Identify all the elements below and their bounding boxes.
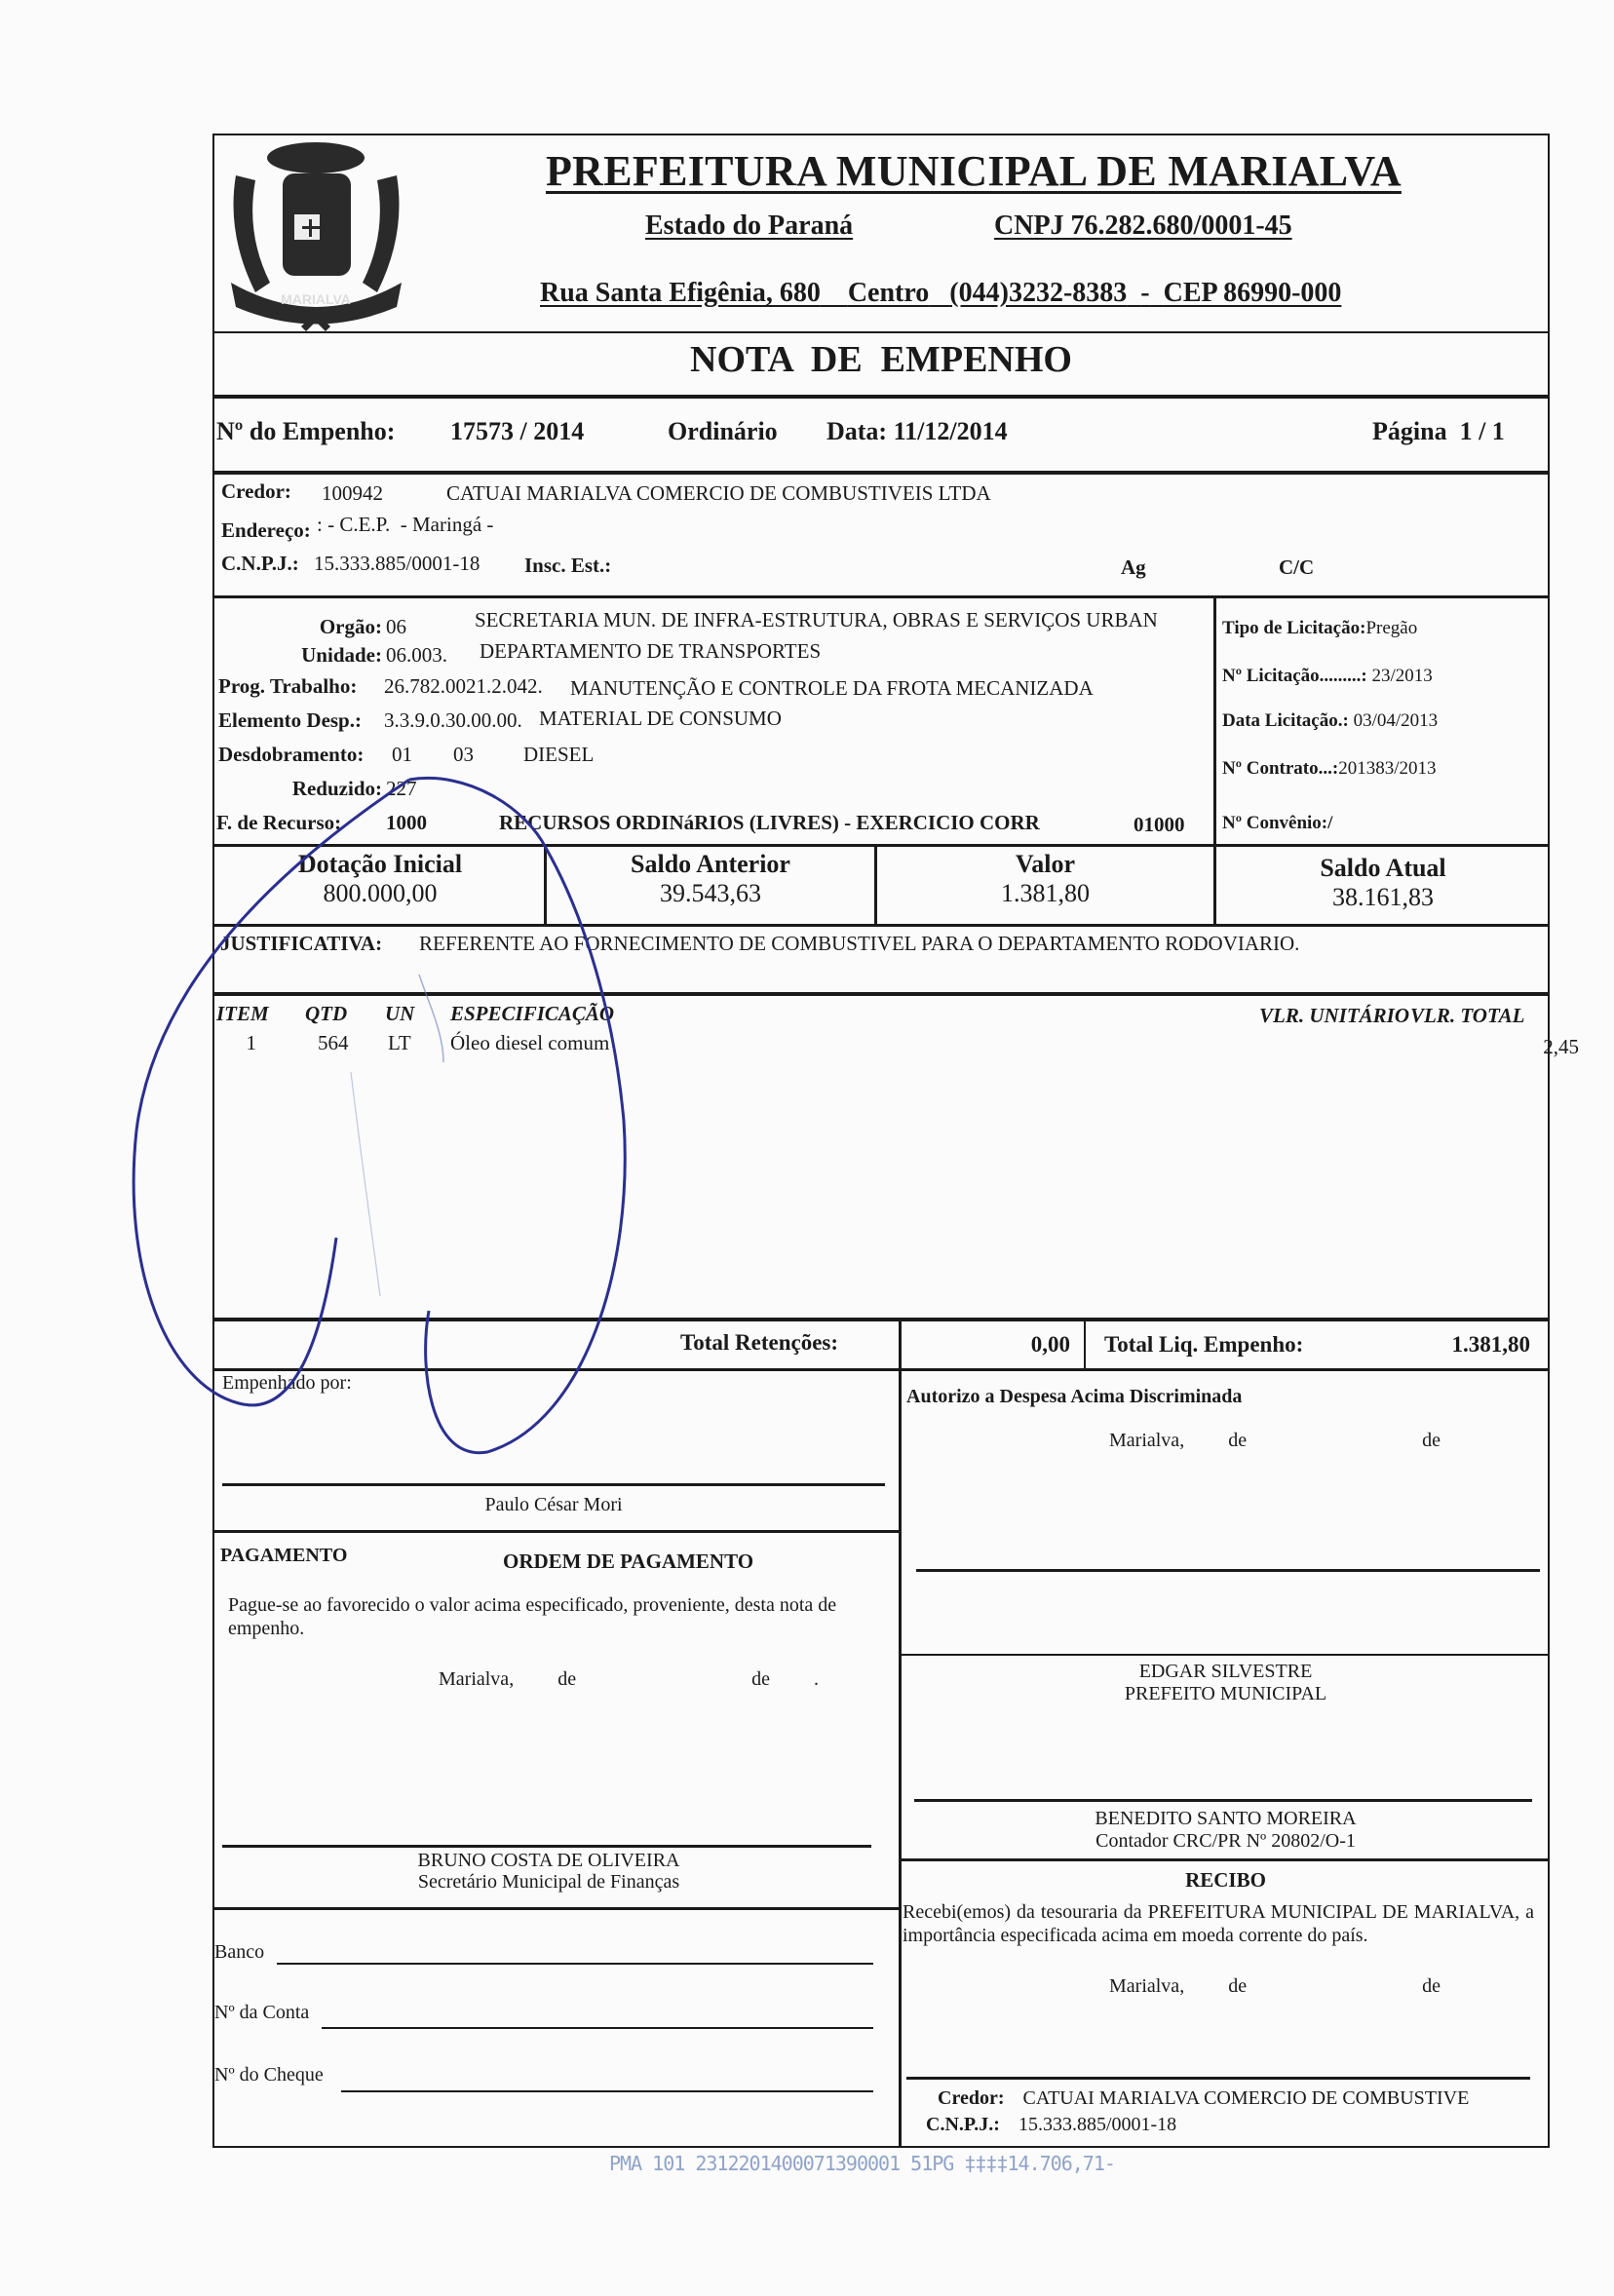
- pagamento-de-1: de: [557, 1668, 576, 1690]
- svg-text:MARIALVA: MARIALVA: [281, 291, 351, 307]
- desdobramento-a: 01: [392, 743, 412, 767]
- agency-label: Ag: [1121, 555, 1146, 580]
- state-name: Estado do Paraná: [645, 210, 853, 242]
- saldo-dotacao-inicial: Dotação Inicial 800.000,00: [216, 850, 544, 908]
- col-header-spec: ESPECIFICAÇÃO: [450, 1002, 614, 1026]
- recibo-signature-line: [906, 2077, 1530, 2080]
- elemento-desp-code: 3.3.9.0.30.00.00.: [384, 708, 522, 733]
- row-qtd: 564: [318, 1031, 349, 1055]
- totals-divider-1: [899, 1318, 902, 1370]
- recibo-de-1: de: [1228, 1975, 1247, 1997]
- pagamento-bottom-divider: [212, 1907, 899, 1910]
- empenho-number-label: Nº do Empenho:: [216, 417, 395, 446]
- municipality-cnpj: CNPJ 76.282.680/0001-45: [994, 210, 1292, 242]
- unidade-name: DEPARTAMENTO DE TRANSPORTES: [480, 639, 821, 664]
- pagamento-dot: .: [814, 1668, 819, 1690]
- tipo-licitacao: Tipo de Licitação:Pregão: [1222, 618, 1417, 639]
- orgao-label: Orgão:: [216, 615, 382, 639]
- data-licitacao-label: Data Licitação.:: [1222, 710, 1349, 731]
- saldo-atual: Saldo Atual 38.161,83: [1216, 854, 1550, 912]
- col-header-total: VLR. TOTAL: [1410, 1004, 1524, 1028]
- separator: -: [1140, 278, 1149, 308]
- autorizo-city: Marialva,: [1109, 1430, 1184, 1451]
- page-number: 1 / 1: [1460, 417, 1505, 445]
- saldo-label: Saldo Anterior: [547, 850, 874, 879]
- cheque-field-line[interactable]: [341, 2090, 873, 2092]
- cheque-label: Nº do Cheque: [214, 2064, 324, 2086]
- elemento-desp-label: Elemento Desp.:: [218, 708, 362, 733]
- banco-field-line[interactable]: [277, 1963, 873, 1965]
- page-label: Página: [1372, 417, 1447, 445]
- num-contrato: Nº Contrato...:201383/2013: [1222, 758, 1436, 780]
- data-licitacao: Data Licitação.: 03/04/2013: [1222, 710, 1438, 732]
- saldo-label: Saldo Atual: [1216, 854, 1550, 883]
- contador-name: BENEDITO SANTO MOREIRA: [902, 1808, 1550, 1830]
- prefeito-name: EDGAR SILVESTRE: [902, 1661, 1550, 1683]
- saldo-label: Dotação Inicial: [216, 850, 544, 879]
- recibo-cnpj-value: 15.333.885/0001-18: [1018, 2114, 1176, 2135]
- municipality-title: PREFEITURA MUNICIPAL DE MARIALVA: [546, 146, 1402, 196]
- document-title: NOTA DE EMPENHO: [212, 338, 1550, 381]
- saldo-value: 1.381,80: [877, 879, 1213, 908]
- table-row: 1 564 LT Óleo diesel comum 2,45 1.381,80: [212, 1031, 1550, 1062]
- recibo-credor-value: CATUAI MARIALVA COMERCIO DE COMBUSTIVE: [1023, 2087, 1470, 2109]
- desdobramento-b: 03: [453, 743, 474, 767]
- reduzido-label: Reduzido:: [216, 777, 382, 801]
- recibo-cnpj-label: C.N.P.J.:: [926, 2114, 1000, 2135]
- fonte-recurso-sub: 01000: [1134, 813, 1185, 837]
- data-licitacao-value: 03/04/2013: [1354, 710, 1439, 731]
- fonte-recurso-label: F. de Recurso:: [216, 811, 341, 835]
- recibo-credor-label: Credor:: [938, 2087, 1005, 2109]
- pagamento-de-2: de: [751, 1668, 770, 1690]
- fonte-recurso-code: 1000: [386, 811, 427, 835]
- total-liq-value: 1.381,80: [1364, 1332, 1530, 1358]
- col-header-unit-price: VLR. UNITÁRIO: [1259, 1004, 1409, 1028]
- empenhado-label: Empenhado por:: [222, 1372, 352, 1395]
- totals-box: [212, 1318, 1550, 1370]
- insc-est-label: Insc. Est.:: [524, 554, 611, 578]
- num-contrato-value: 201383/2013: [1338, 758, 1436, 779]
- autorizo-de-1: de: [1228, 1430, 1247, 1451]
- num-licitacao-label: Nº Licitação.........:: [1222, 666, 1367, 686]
- contador-title: Contador CRC/PR Nº 20802/O-1: [902, 1830, 1550, 1853]
- total-retencoes-value: 0,00: [906, 1332, 1070, 1358]
- cnpj-label: C.N.P.J.:: [221, 552, 299, 576]
- recibo-de-2: de: [1422, 1975, 1441, 1997]
- recibo-credor: Credor: CATUAI MARIALVA COMERCIO DE COMB…: [938, 2087, 1469, 2110]
- endereco-value: : - C.E.P. - Maringá -: [317, 513, 493, 537]
- autorizo-de-2: de: [1422, 1430, 1441, 1451]
- col-header-qtd: QTD: [305, 1002, 347, 1026]
- credor-name: CATUAI MARIALVA COMERCIO DE COMBUSTIVEIS…: [446, 481, 991, 506]
- coat-of-arms-icon: MARIALVA: [216, 136, 416, 331]
- empenhado-signature-line: [222, 1483, 885, 1486]
- autorizo-text: Autorizo a Despesa Acima Discriminada: [906, 1386, 1242, 1408]
- street: Rua Santa Efigênia, 680: [540, 278, 821, 308]
- municipality-address: Rua Santa Efigênia, 680 Centro (044)3232…: [540, 278, 1341, 309]
- contador-divider: [899, 1858, 1550, 1861]
- account-label: C/C: [1279, 555, 1314, 580]
- num-contrato-label: Nº Contrato...:: [1222, 758, 1338, 779]
- fonte-recurso-name: RECURSOS ORDINáRIOS (LIVRES) - EXERCICIO…: [499, 811, 1040, 835]
- empenhado-bottom-divider: [212, 1530, 899, 1533]
- tipo-licitacao-value: Pregão: [1365, 618, 1417, 638]
- desdobramento-label: Desdobramento:: [218, 743, 364, 767]
- pagamento-city: Marialva,: [439, 1668, 514, 1690]
- secretario-title: Secretário Municipal de Finanças: [212, 1871, 885, 1894]
- col-header-item: ITEM: [216, 1002, 269, 1026]
- unidade-label: Unidade:: [216, 643, 382, 668]
- autorizo-date: Marialva, de de: [1109, 1430, 1441, 1452]
- justificativa-text: REFERENTE AO FORNECIMENTO DE COMBUSTIVEL…: [419, 932, 1299, 956]
- pagamento-label: PAGAMENTO: [220, 1545, 347, 1567]
- secretario-name: BRUNO COSTA DE OLIVEIRA: [212, 1850, 885, 1872]
- empenho-number: 17573 / 2014: [450, 417, 584, 446]
- saldo-anterior: Saldo Anterior 39.543,63: [547, 850, 874, 908]
- prefeito-title: PREFEITO MUNICIPAL: [902, 1683, 1550, 1705]
- conta-label: Nº da Conta: [214, 2002, 309, 2024]
- licitacao-divider: [1213, 595, 1216, 846]
- unidade-code: 06.003.: [386, 643, 447, 668]
- recibo-text: Recebi(emos) da tesouraria da PREFEITURA…: [903, 1900, 1534, 1947]
- credor-code: 100942: [322, 481, 383, 506]
- pagamento-text: Pague-se ao favorecido o valor acima esp…: [228, 1593, 871, 1640]
- banco-label: Banco: [214, 1941, 264, 1964]
- credor-cnpj: 15.333.885/0001-18: [314, 552, 480, 576]
- totals-divider-2: [1084, 1318, 1086, 1370]
- row-un: LT: [388, 1031, 411, 1055]
- row-spec: Óleo diesel comum: [450, 1031, 609, 1055]
- endereco-label: Endereço:: [221, 518, 311, 543]
- conta-field-line[interactable]: [322, 2027, 873, 2029]
- ordem-pagamento-title: ORDEM DE PAGAMENTO: [503, 1550, 753, 1574]
- saldo-value: 800.000,00: [216, 879, 544, 908]
- prefeito-signature-line: [916, 1569, 1540, 1572]
- recibo-title: RECIBO: [902, 1868, 1550, 1893]
- empenho-date: Data: 11/12/2014: [826, 417, 1008, 446]
- num-licitacao-value: 23/2013: [1372, 666, 1433, 686]
- orgao-code: 06: [386, 615, 406, 639]
- prefeito-divider: [899, 1654, 1550, 1656]
- credor-label: Credor:: [221, 479, 291, 504]
- saldo-valor: Valor 1.381,80: [877, 850, 1213, 908]
- reduzido-value: 227: [386, 777, 417, 801]
- contador-signature-line: [914, 1799, 1532, 1802]
- date-value: 11/12/2014: [894, 417, 1008, 445]
- total-retencoes-label: Total Retenções:: [680, 1330, 838, 1356]
- page-indicator: Página 1 / 1: [1372, 417, 1505, 446]
- desdobramento-name: DIESEL: [523, 743, 594, 767]
- processing-stamp: PMA 101 2312201400071390001 51PG ‡‡‡‡14.…: [609, 2152, 1115, 2175]
- prog-trabalho-name: MANUTENÇÃO E CONTROLE DA FROTA MECANIZAD…: [570, 676, 1094, 701]
- elemento-desp-name: MATERIAL DE CONSUMO: [539, 707, 782, 731]
- recibo-date: Marialva, de de: [1109, 1975, 1441, 1998]
- orgao-name: SECRETARIA MUN. DE INFRA-ESTRUTURA, OBRA…: [475, 608, 1158, 632]
- empenhado-name: Paulo César Mori: [222, 1494, 885, 1516]
- num-licitacao: Nº Licitação.........: 23/2013: [1222, 666, 1433, 687]
- prog-trabalho-code: 26.782.0021.2.042.: [384, 674, 543, 699]
- secretario-signature-line: [222, 1845, 871, 1848]
- total-liq-label: Total Liq. Empenho:: [1104, 1332, 1303, 1358]
- saldo-label: Valor: [877, 850, 1213, 879]
- date-label: Data:: [826, 417, 887, 445]
- saldo-value: 38.161,83: [1216, 883, 1550, 912]
- cep: CEP 86990-000: [1164, 278, 1342, 308]
- saldo-value: 39.543,63: [547, 879, 874, 908]
- tipo-licitacao-label: Tipo de Licitação:: [1222, 618, 1365, 638]
- prog-trabalho-label: Prog. Trabalho:: [218, 674, 357, 699]
- empenho-type: Ordinário: [668, 417, 778, 446]
- signature-vertical-divider: [899, 1368, 902, 2148]
- justificativa-label: JUSTIFICATIVA:: [220, 932, 382, 956]
- row-total: 1.381,80: [1382, 1035, 1614, 1059]
- recibo-city: Marialva,: [1109, 1975, 1184, 1997]
- district: Centro: [848, 278, 929, 308]
- pagamento-date: Marialva, de de .: [439, 1668, 819, 1691]
- phone: (044)3232-8383: [949, 278, 1127, 308]
- recibo-cnpj: C.N.P.J.: 15.333.885/0001-18: [926, 2114, 1176, 2136]
- row-item: 1: [232, 1031, 256, 1055]
- col-header-un: UN: [385, 1002, 414, 1026]
- num-convenio: Nº Convênio:/: [1222, 813, 1332, 834]
